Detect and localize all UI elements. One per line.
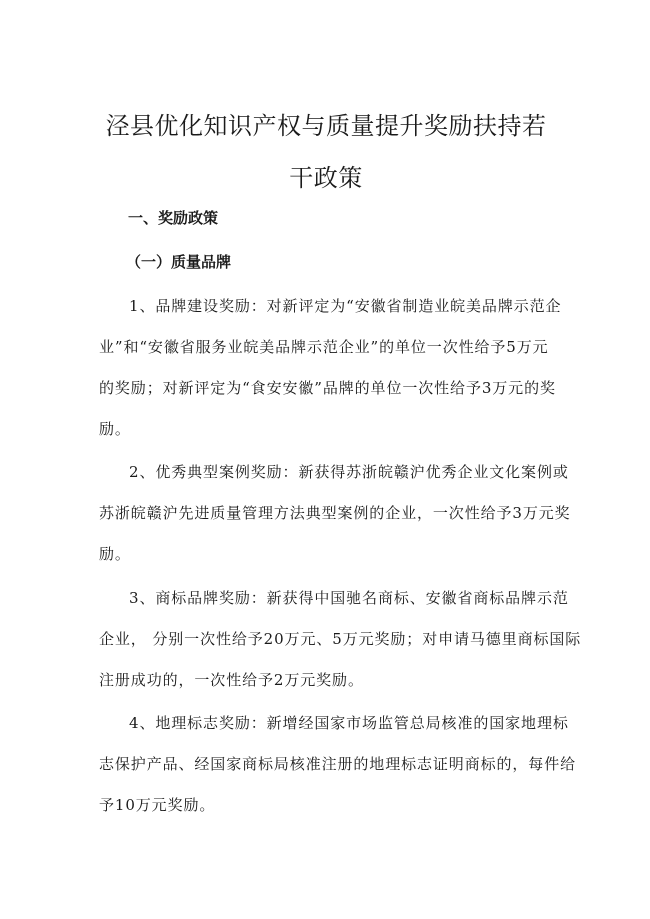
paragraph-brand-building: 1、品牌建设奖励：对新评定为“安徽省制造业皖美品牌示范企 业”和“安徽省服务业皖… — [99, 286, 551, 450]
paragraph-typical-cases: 2、优秀典型案例奖励：新获得苏浙皖赣沪优秀企业文化案例或 苏浙皖赣沪先进质量管理… — [99, 452, 551, 575]
title-line-2: 干政策 — [96, 152, 556, 204]
text-line: 2、优秀典型案例奖励：新获得苏浙皖赣沪优秀企业文化案例或 — [99, 452, 551, 493]
text-line: 苏浙皖赣沪先进质量管理方法典型案例的企业，一次性给予3万元奖 — [99, 493, 551, 534]
text-line: 企业， 分别一次性给予20万元、5万元奖励；对申请马德里商标国际 — [99, 619, 551, 660]
text-line: 注册成功的，一次性给予2万元奖励。 — [99, 660, 551, 701]
text-line: 的奖励；对新评定为“食安安徽”品牌的单位一次性给予3万元的奖 — [99, 368, 551, 409]
document-title: 泾县优化知识产权与质量提升奖励扶持若 干政策 — [96, 100, 556, 204]
text-line: 3、商标品牌奖励：新获得中国驰名商标、安徽省商标品牌示范 — [99, 578, 551, 619]
text-line: 励。 — [99, 534, 551, 575]
text-line: 予10万元奖励。 — [99, 785, 551, 826]
text-line: 励。 — [99, 409, 551, 450]
paragraph-trademark-brand: 3、商标品牌奖励：新获得中国驰名商标、安徽省商标品牌示范 企业， 分别一次性给予… — [99, 578, 551, 701]
title-line-1: 泾县优化知识产权与质量提升奖励扶持若 — [96, 100, 556, 152]
paragraph-geographic-indication: 4、地理标志奖励：新增经国家市场监管总局核准的国家地理标 志保护产品、经国家商标… — [99, 703, 551, 826]
text-line: 4、地理标志奖励：新增经国家市场监管总局核准的国家地理标 — [99, 703, 551, 744]
text-line: 1、品牌建设奖励：对新评定为“安徽省制造业皖美品牌示范企 — [99, 286, 551, 327]
section-heading: 一、奖励政策 — [128, 206, 218, 230]
text-line: 业”和“安徽省服务业皖美品牌示范企业”的单位一次性给予5万元 — [99, 327, 551, 368]
subsection-heading: （一）质量品牌 — [126, 250, 231, 274]
text-line: 志保护产品、经国家商标局核准注册的地理标志证明商标的，每件给 — [99, 744, 551, 785]
